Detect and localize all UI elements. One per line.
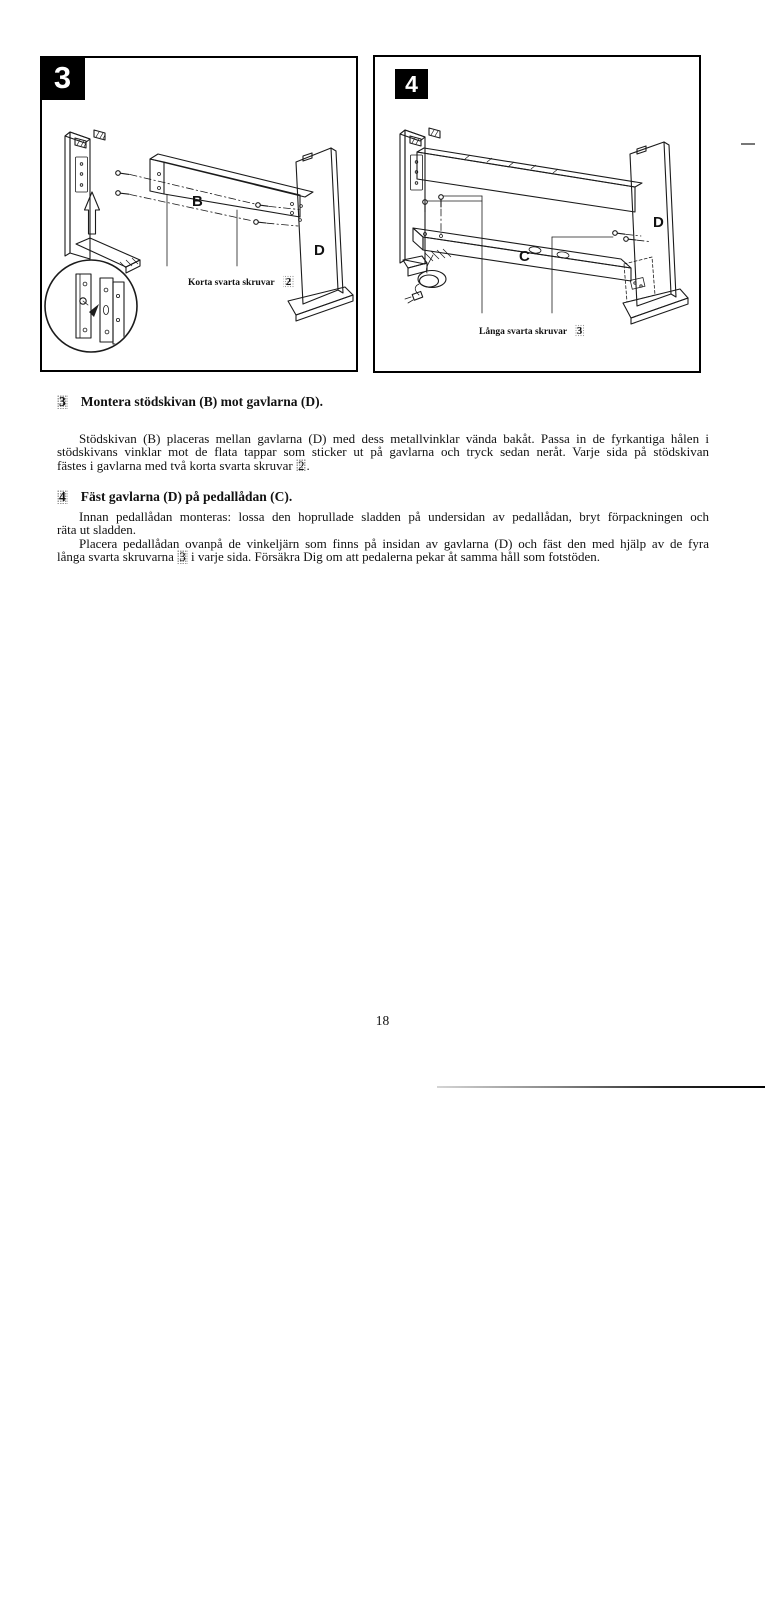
text-line: Placera pedallådan ovanpå de vinkeljärn … bbox=[57, 537, 709, 550]
text-run: långa svarta skruvarna bbox=[57, 549, 177, 564]
inline-screw-ref: 2 bbox=[296, 459, 307, 472]
back-board bbox=[417, 148, 642, 212]
text-line: räta ut sladden. bbox=[57, 523, 709, 536]
figure-step4-box: 4 bbox=[373, 55, 701, 373]
up-arrow bbox=[85, 192, 100, 234]
step-4-number: 4 bbox=[57, 490, 68, 504]
step-4-heading: 4Fäst gavlarna (D) på pedallådan (C). bbox=[57, 490, 292, 504]
text-run: i varje sida. Försäkra Dig om att pedale… bbox=[188, 549, 600, 564]
bracket-detail-circle bbox=[45, 260, 137, 352]
inline-screw-ref: 3 bbox=[177, 550, 188, 563]
text-line: fästes i gavlarna med två korta svarta s… bbox=[57, 459, 709, 472]
label-pedalbox-c: C bbox=[519, 248, 530, 265]
text-line: stödskivans vinklar mot de flata tappar … bbox=[57, 445, 709, 458]
step-3-heading-text: Montera stödskivan (B) mot gavlarna (D). bbox=[81, 394, 323, 409]
right-end-panel bbox=[623, 142, 688, 324]
figure-step4-screw-ref: 3 bbox=[577, 325, 583, 337]
figure-step4-badge: 4 bbox=[395, 69, 428, 99]
text-line: långa svarta skruvarna 3 i varje sida. F… bbox=[57, 550, 709, 563]
text-line: Stödskivan (B) placeras mellan gavlarna … bbox=[57, 432, 709, 445]
label-board-b: B bbox=[192, 193, 203, 210]
short-screws bbox=[116, 171, 299, 266]
assembly-diagram-step3: B D bbox=[42, 58, 356, 370]
figure-step3-caption: Korta svarta skruvar bbox=[188, 278, 275, 288]
scan-artifact-line bbox=[437, 1086, 765, 1088]
scan-artifact-dash bbox=[741, 143, 755, 145]
assembly-diagram-step4: D C bbox=[375, 57, 699, 371]
label-panel-d: D bbox=[314, 242, 325, 259]
step-3-number: 3 bbox=[57, 395, 68, 409]
step-3-paragraphs: Stödskivan (B) placeras mellan gavlarna … bbox=[57, 432, 709, 472]
text-run: . bbox=[306, 458, 309, 473]
figure-step3-badge: 3 bbox=[40, 56, 85, 100]
step-3-heading: 3Montera stödskivan (B) mot gavlarna (D)… bbox=[57, 395, 323, 409]
text-run: Innan pedallådan monteras: lossa den hop… bbox=[79, 509, 709, 524]
label-panel-d: D bbox=[653, 214, 664, 231]
figure-step4-caption: Långa svarta skruvar bbox=[479, 326, 568, 337]
right-end-panel bbox=[288, 148, 353, 321]
support-board-b bbox=[150, 154, 313, 217]
page-number: 18 bbox=[0, 1013, 765, 1029]
figure-step3-box: 3 bbox=[40, 56, 358, 372]
manual-page: 3 bbox=[0, 0, 765, 1600]
text-line: Innan pedallådan monteras: lossa den hop… bbox=[57, 510, 709, 523]
text-run: fästes i gavlarna med två korta svarta s… bbox=[57, 458, 296, 473]
step-4-heading-text: Fäst gavlarna (D) på pedallådan (C). bbox=[81, 489, 293, 504]
step-4-paragraphs: Innan pedallådan monteras: lossa den hop… bbox=[57, 510, 709, 564]
figure-step3-screw-ref: 2 bbox=[286, 276, 292, 288]
